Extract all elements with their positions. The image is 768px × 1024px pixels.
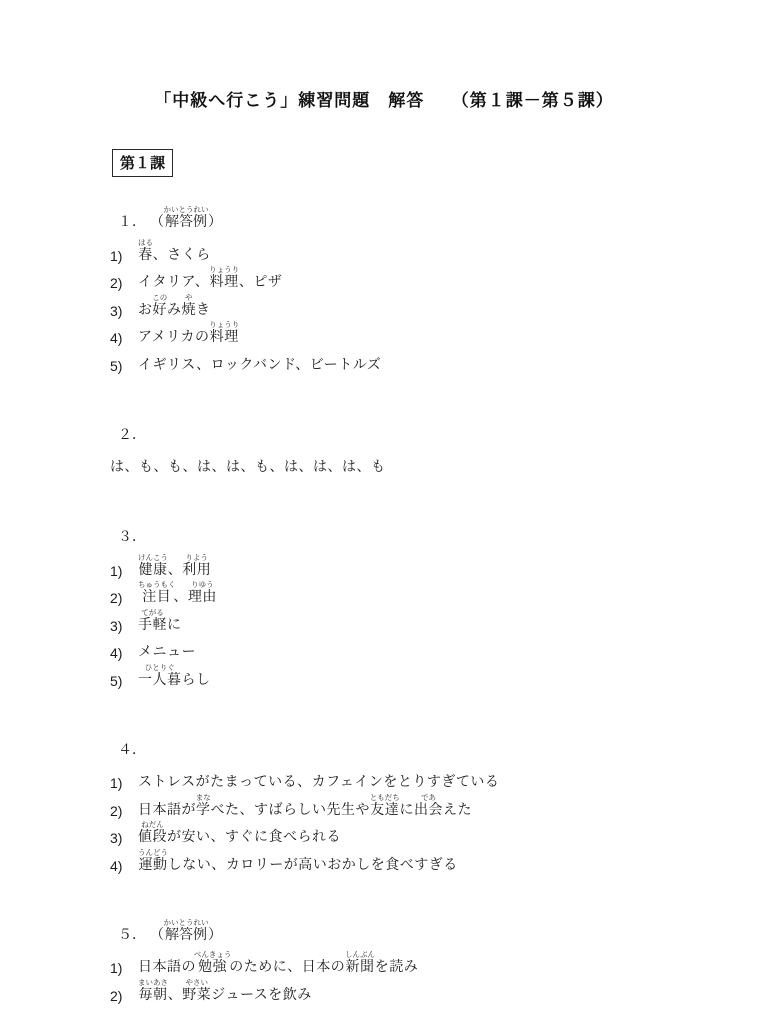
item-text: 一人暮ひとりぐらし: [138, 663, 211, 689]
section-items: は、も、も、は、は、も、は、は、は、も: [110, 449, 718, 477]
section-heading: ３．: [118, 516, 718, 546]
item-text: 毎朝まいあさ、野菜やさいジュースを飲み: [138, 978, 312, 1004]
item-marker: 2): [110, 988, 138, 1004]
section-heading: ４．: [118, 729, 718, 759]
item-marker: 1): [110, 960, 138, 976]
item-text: ストレスがたまっている、カフェインをとりすぎている: [138, 771, 499, 791]
item-marker: 5): [110, 673, 138, 689]
item-marker: 2): [110, 803, 138, 819]
section-heading: ２．: [118, 414, 718, 444]
item-text: 日本語の勉強べんきょうのために、日本の新聞しんぶんを読み: [138, 950, 418, 976]
section-number: ３．: [118, 526, 146, 546]
section-4: ４．1)ストレスがたまっている、カフェインをとりすぎている2)日本語が学まなべた…: [110, 729, 718, 874]
answer-item: 2)毎朝まいあさ、野菜やさいジュースを飲み: [110, 976, 718, 1004]
item-marker: 1): [110, 248, 138, 264]
item-text: イタリア、料理りょうり、ピザ: [138, 265, 282, 291]
section-number: １．: [118, 211, 146, 231]
answer-item: 3)値段ねだんが安い、すぐに食べられる: [110, 819, 718, 847]
document-title: 「中級へ行こう」練習問題 解答 （第１課－第５課）: [0, 0, 768, 111]
section-items: 1)健康けんこう、利用りよう2)注目ちゅうもく、理由りゆう3)手軽てがるに4)メ…: [110, 551, 718, 689]
section-2: ２．は、も、も、は、は、も、は、は、は、も: [110, 414, 718, 477]
item-marker: 3): [110, 830, 138, 846]
item-marker: 4): [110, 645, 138, 661]
item-text: 春はる、さくら: [138, 238, 211, 264]
section-items: 1)春はる、さくら2)イタリア、料理りょうり、ピザ3)お好このみ焼やき4)アメリ…: [110, 236, 718, 374]
document-page: 「中級へ行こう」練習問題 解答 （第１課－第５課） 第１課 １．（解答例かいとう…: [0, 0, 768, 1024]
section-heading: １．（解答例かいとうれい）: [118, 201, 718, 231]
lesson-badge: 第１課: [112, 149, 173, 177]
section-1: １．（解答例かいとうれい）1)春はる、さくら2)イタリア、料理りょうり、ピザ3)…: [110, 201, 718, 374]
item-marker: 5): [110, 358, 138, 374]
answer-item: 1)健康けんこう、利用りよう: [110, 551, 718, 579]
section-number: ５．: [118, 924, 146, 944]
answer-item: 1)日本語の勉強べんきょうのために、日本の新聞しんぶんを読み: [110, 949, 718, 977]
item-marker: 1): [110, 775, 138, 791]
item-text: 日本語が学まなべた、すばらしい先生や友達ともだちに出会であえた: [138, 793, 472, 819]
answer-item: 3)お好このみ焼やき: [110, 291, 718, 319]
item-marker: 4): [110, 330, 138, 346]
answer-sections: １．（解答例かいとうれい）1)春はる、さくら2)イタリア、料理りょうり、ピザ3)…: [0, 201, 768, 1004]
item-text: 運動うんどうしない、カロリーが高いおかしを食べすぎる: [138, 848, 458, 874]
item-marker: 4): [110, 858, 138, 874]
item-text: メニュー: [138, 641, 196, 661]
section-note: （解答例かいとうれい）: [150, 205, 222, 231]
item-text: 手軽てがるに: [138, 608, 182, 634]
answer-item: 5)イギリス、ロックバンド、ビートルズ: [110, 346, 718, 374]
item-text: 値段ねだんが安い、すぐに食べられる: [138, 820, 341, 846]
answer-item: は、も、も、は、は、も、は、は、は、も: [110, 449, 718, 477]
section-heading: ５．（解答例かいとうれい）: [118, 914, 718, 944]
item-text: イギリス、ロックバンド、ビートルズ: [138, 354, 381, 374]
section-number: ２．: [118, 424, 146, 444]
answer-item: 1)ストレスがたまっている、カフェインをとりすぎている: [110, 764, 718, 792]
section-note: （解答例かいとうれい）: [150, 918, 222, 944]
answer-item: 1)春はる、さくら: [110, 236, 718, 264]
answer-item: 2)注目ちゅうもく、理由りゆう: [110, 579, 718, 607]
answer-item: 4)アメリカの料理りょうり: [110, 319, 718, 347]
answer-item: 4)運動うんどうしない、カロリーが高いおかしを食べすぎる: [110, 846, 718, 874]
section-items: 1)日本語の勉強べんきょうのために、日本の新聞しんぶんを読み2)毎朝まいあさ、野…: [110, 949, 718, 1004]
answer-item: 5)一人暮ひとりぐらし: [110, 661, 718, 689]
item-text: 健康けんこう、利用りよう: [138, 553, 211, 579]
item-text: 注目ちゅうもく、理由りゆう: [138, 580, 217, 606]
answer-item: 2)日本語が学まなべた、すばらしい先生や友達ともだちに出会であえた: [110, 791, 718, 819]
answer-item: 2)イタリア、料理りょうり、ピザ: [110, 264, 718, 292]
item-marker: 2): [110, 275, 138, 291]
section-5: ５．（解答例かいとうれい）1)日本語の勉強べんきょうのために、日本の新聞しんぶん…: [110, 914, 718, 1004]
answer-item: 3)手軽てがるに: [110, 606, 718, 634]
item-text: アメリカの料理りょうり: [138, 320, 239, 346]
item-marker: 1): [110, 563, 138, 579]
item-text: は、も、も、は、は、も、は、は、は、も: [110, 456, 386, 476]
section-3: ３．1)健康けんこう、利用りよう2)注目ちゅうもく、理由りゆう3)手軽てがるに4…: [110, 516, 718, 689]
section-items: 1)ストレスがたまっている、カフェインをとりすぎている2)日本語が学まなべた、す…: [110, 764, 718, 874]
item-text: お好このみ焼やき: [138, 293, 211, 319]
item-marker: 3): [110, 618, 138, 634]
section-number: ４．: [118, 739, 146, 759]
answer-item: 4)メニュー: [110, 634, 718, 662]
item-marker: 2): [110, 590, 138, 606]
item-marker: 3): [110, 303, 138, 319]
